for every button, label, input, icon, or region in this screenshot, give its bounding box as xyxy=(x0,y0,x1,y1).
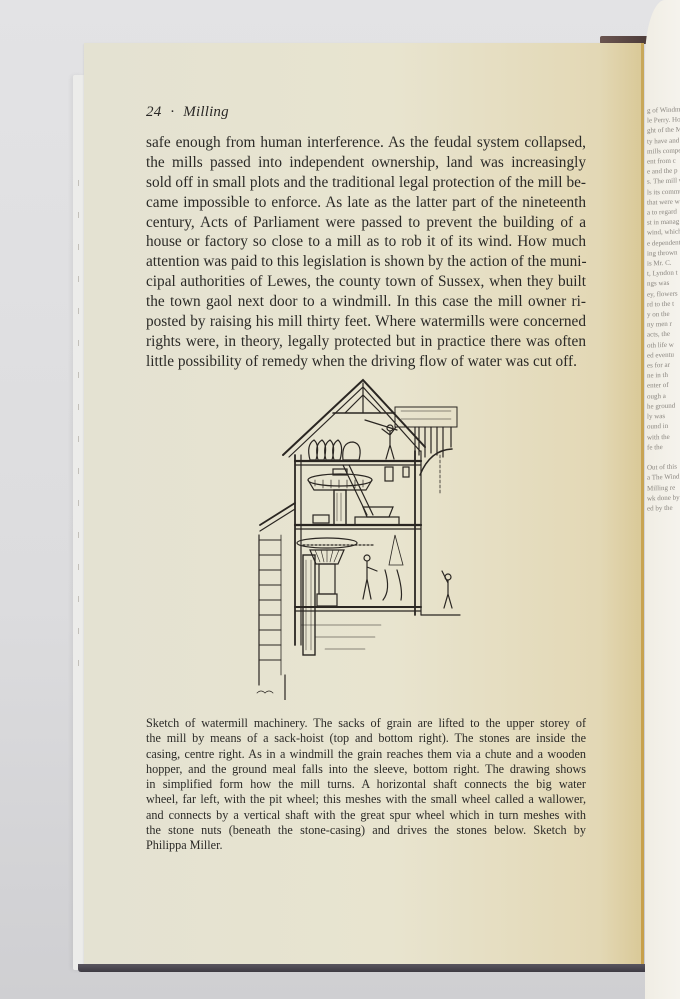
body-line: house or factory so close to a mill as t… xyxy=(146,232,586,252)
body-line: little possibility of remedy when the dr… xyxy=(146,352,586,372)
body-line: attention was paid to this legislation i… xyxy=(146,252,586,272)
caption-line: in simplified form how the mill turns. A… xyxy=(146,777,586,792)
caption-line: and connects by a vertical shaft with th… xyxy=(146,808,586,823)
facing-page-line: wind, which xyxy=(647,227,680,238)
facing-page-line: t, Lyndon t xyxy=(647,268,680,279)
facing-page-line: ght of the M xyxy=(647,125,680,136)
body-line: cipal authorities of Lewes, the county t… xyxy=(146,272,586,292)
caption-line: casing, centre right. As in a windmill t… xyxy=(146,747,586,762)
body-line: rights were, in theory, legally protecte… xyxy=(146,332,586,352)
facing-page-line: wk done by xyxy=(647,492,680,503)
underlying-page-marks xyxy=(76,180,82,680)
body-line: posted by raising his mill thirty feet. … xyxy=(146,312,586,332)
facing-page-line: ing thrown xyxy=(647,247,680,258)
facing-page-text: g of Windmillsle Perry. How mght of the … xyxy=(647,104,680,513)
caption-line: Philippa Miller. xyxy=(146,838,586,853)
figure-caption: Sketch of watermill machinery. The sacks… xyxy=(146,716,586,854)
body-line: safe enough from human interference. As … xyxy=(146,133,586,153)
caption-line: the mill by means of a sack-hoist (top a… xyxy=(146,731,586,746)
chapter-title: Milling xyxy=(183,104,229,120)
facing-page-line: he ground xyxy=(647,400,680,411)
body-line: the town gaol next door to a windmill. I… xyxy=(146,292,586,312)
body-line: century, Acts of Parliament were passed … xyxy=(146,213,586,233)
caption-line: Sketch of watermill machinery. The sacks… xyxy=(146,716,586,731)
facing-page-line: a The Wind a xyxy=(647,472,680,483)
body-line: the mills passed into independent owners… xyxy=(146,153,586,173)
body-line: came impossible to enforce. As late as t… xyxy=(146,193,586,213)
body-paragraph: safe enough from human interference. As … xyxy=(146,133,586,372)
book-cover-bottom-edge xyxy=(78,964,653,972)
facing-page-line: s. The mill w xyxy=(647,176,680,187)
caption-line: wheel, far left, with the pit wheel; thi… xyxy=(146,792,586,807)
page-number: 24 xyxy=(146,104,161,120)
facing-page-line: ey, flowers xyxy=(647,288,680,299)
caption-line: hopper, and the ground meal falls into t… xyxy=(146,762,586,777)
page-gutter-edge xyxy=(641,43,644,968)
body-line: sold off in small plots and the traditio… xyxy=(146,173,586,193)
running-head: 24 · Milling xyxy=(146,104,229,121)
caption-line: the stone nuts (beneath the stone-casing… xyxy=(146,823,586,838)
running-head-separator: · xyxy=(170,104,174,120)
watermill-illustration xyxy=(255,375,465,700)
facing-page: g of Windmillsle Perry. How mght of the … xyxy=(645,0,680,999)
facing-page-line: ed by the xyxy=(647,502,680,513)
